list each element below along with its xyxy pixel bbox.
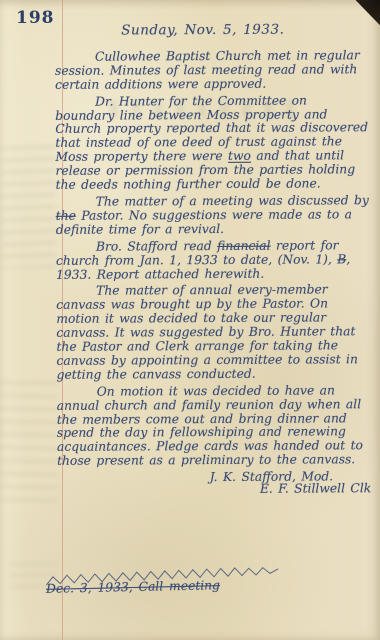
minutes-paragraphs: Cullowhee Baptist Church met in regular …: [55, 49, 373, 469]
minutes-paragraph: Bro. Stafford read financial report for …: [56, 239, 372, 282]
struck-note: Dec. 3, 1933, Call meeting: [46, 578, 220, 596]
bleed-through-smudge: [0, 372, 58, 502]
minutes-paragraph: Cullowhee Baptist Church met in regular …: [55, 49, 371, 92]
minutes-paragraph: The matter of annual every-member canvas…: [56, 284, 373, 383]
signature-block: J. K. Stafford, Mod. E. F. Stillwell Clk: [57, 470, 373, 497]
bleed-through-smudge: [2, 138, 56, 268]
minutes-paragraph: On motion it was decided to have an annu…: [57, 384, 373, 469]
minutes-paragraph: The matter of a meeting was discussed by…: [56, 194, 372, 237]
date-heading: Sunday, Nov. 5, 1933.: [55, 23, 371, 39]
minutes-content: Sunday, Nov. 5, 1933. Cullowhee Baptist …: [55, 23, 373, 498]
ledger-page: 198 Sunday, Nov. 5, 1933. Cullowhee Bapt…: [0, 0, 380, 640]
minutes-paragraph: Dr. Hunter for the Committee on boundary…: [55, 94, 372, 193]
page-number: 198: [16, 8, 55, 28]
